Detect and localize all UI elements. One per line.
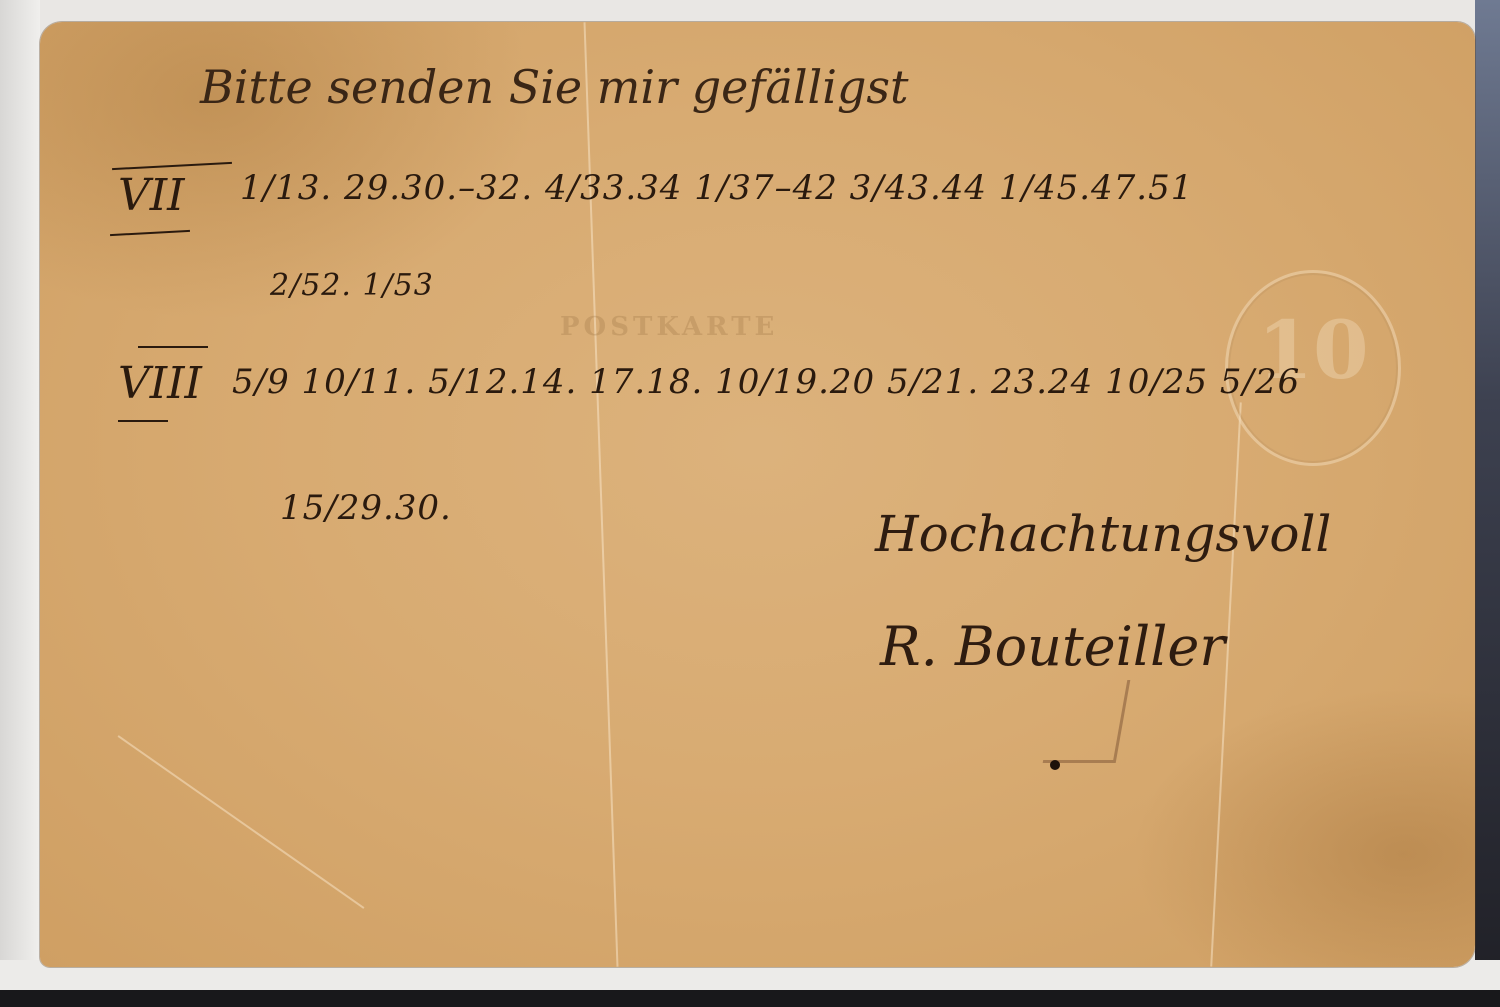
section-vii-line-1: 1/13. 29.30.–32. 4/33.34 1/37–42 3/43.44… [240, 168, 1193, 208]
background-dark-bottom [0, 990, 1500, 1007]
section-viii-line-1: 5/9 10/11. 5/12.14. 17.18. 10/19.20 5/21… [232, 362, 1300, 402]
ink-smudge [1043, 680, 1131, 763]
signature: R. Bouteiller [880, 615, 1225, 678]
paper-crease [1210, 402, 1242, 966]
paper-crease [118, 735, 365, 909]
section-viii-line-2: 15/29.30. [280, 488, 452, 528]
closing-salutation: Hochachtungsvoll [875, 505, 1331, 563]
section-numeral-vii: VII [118, 170, 185, 221]
numeral-overline [138, 346, 208, 348]
section-vii-line-2: 2/52. 1/53 [270, 268, 434, 303]
numeral-underline [118, 420, 168, 422]
faint-printed-text: POSTKARTE [560, 312, 778, 342]
postcard: POSTKARTE 10 [40, 22, 1475, 967]
background-fabric-right [1475, 0, 1500, 1007]
greeting-line: Bitte senden Sie mir gefälligst [200, 60, 909, 114]
section-numeral-viii: VIII [118, 358, 202, 409]
paper-crease [584, 22, 619, 966]
ink-dot [1050, 760, 1060, 770]
background-paper-left [0, 0, 40, 1007]
